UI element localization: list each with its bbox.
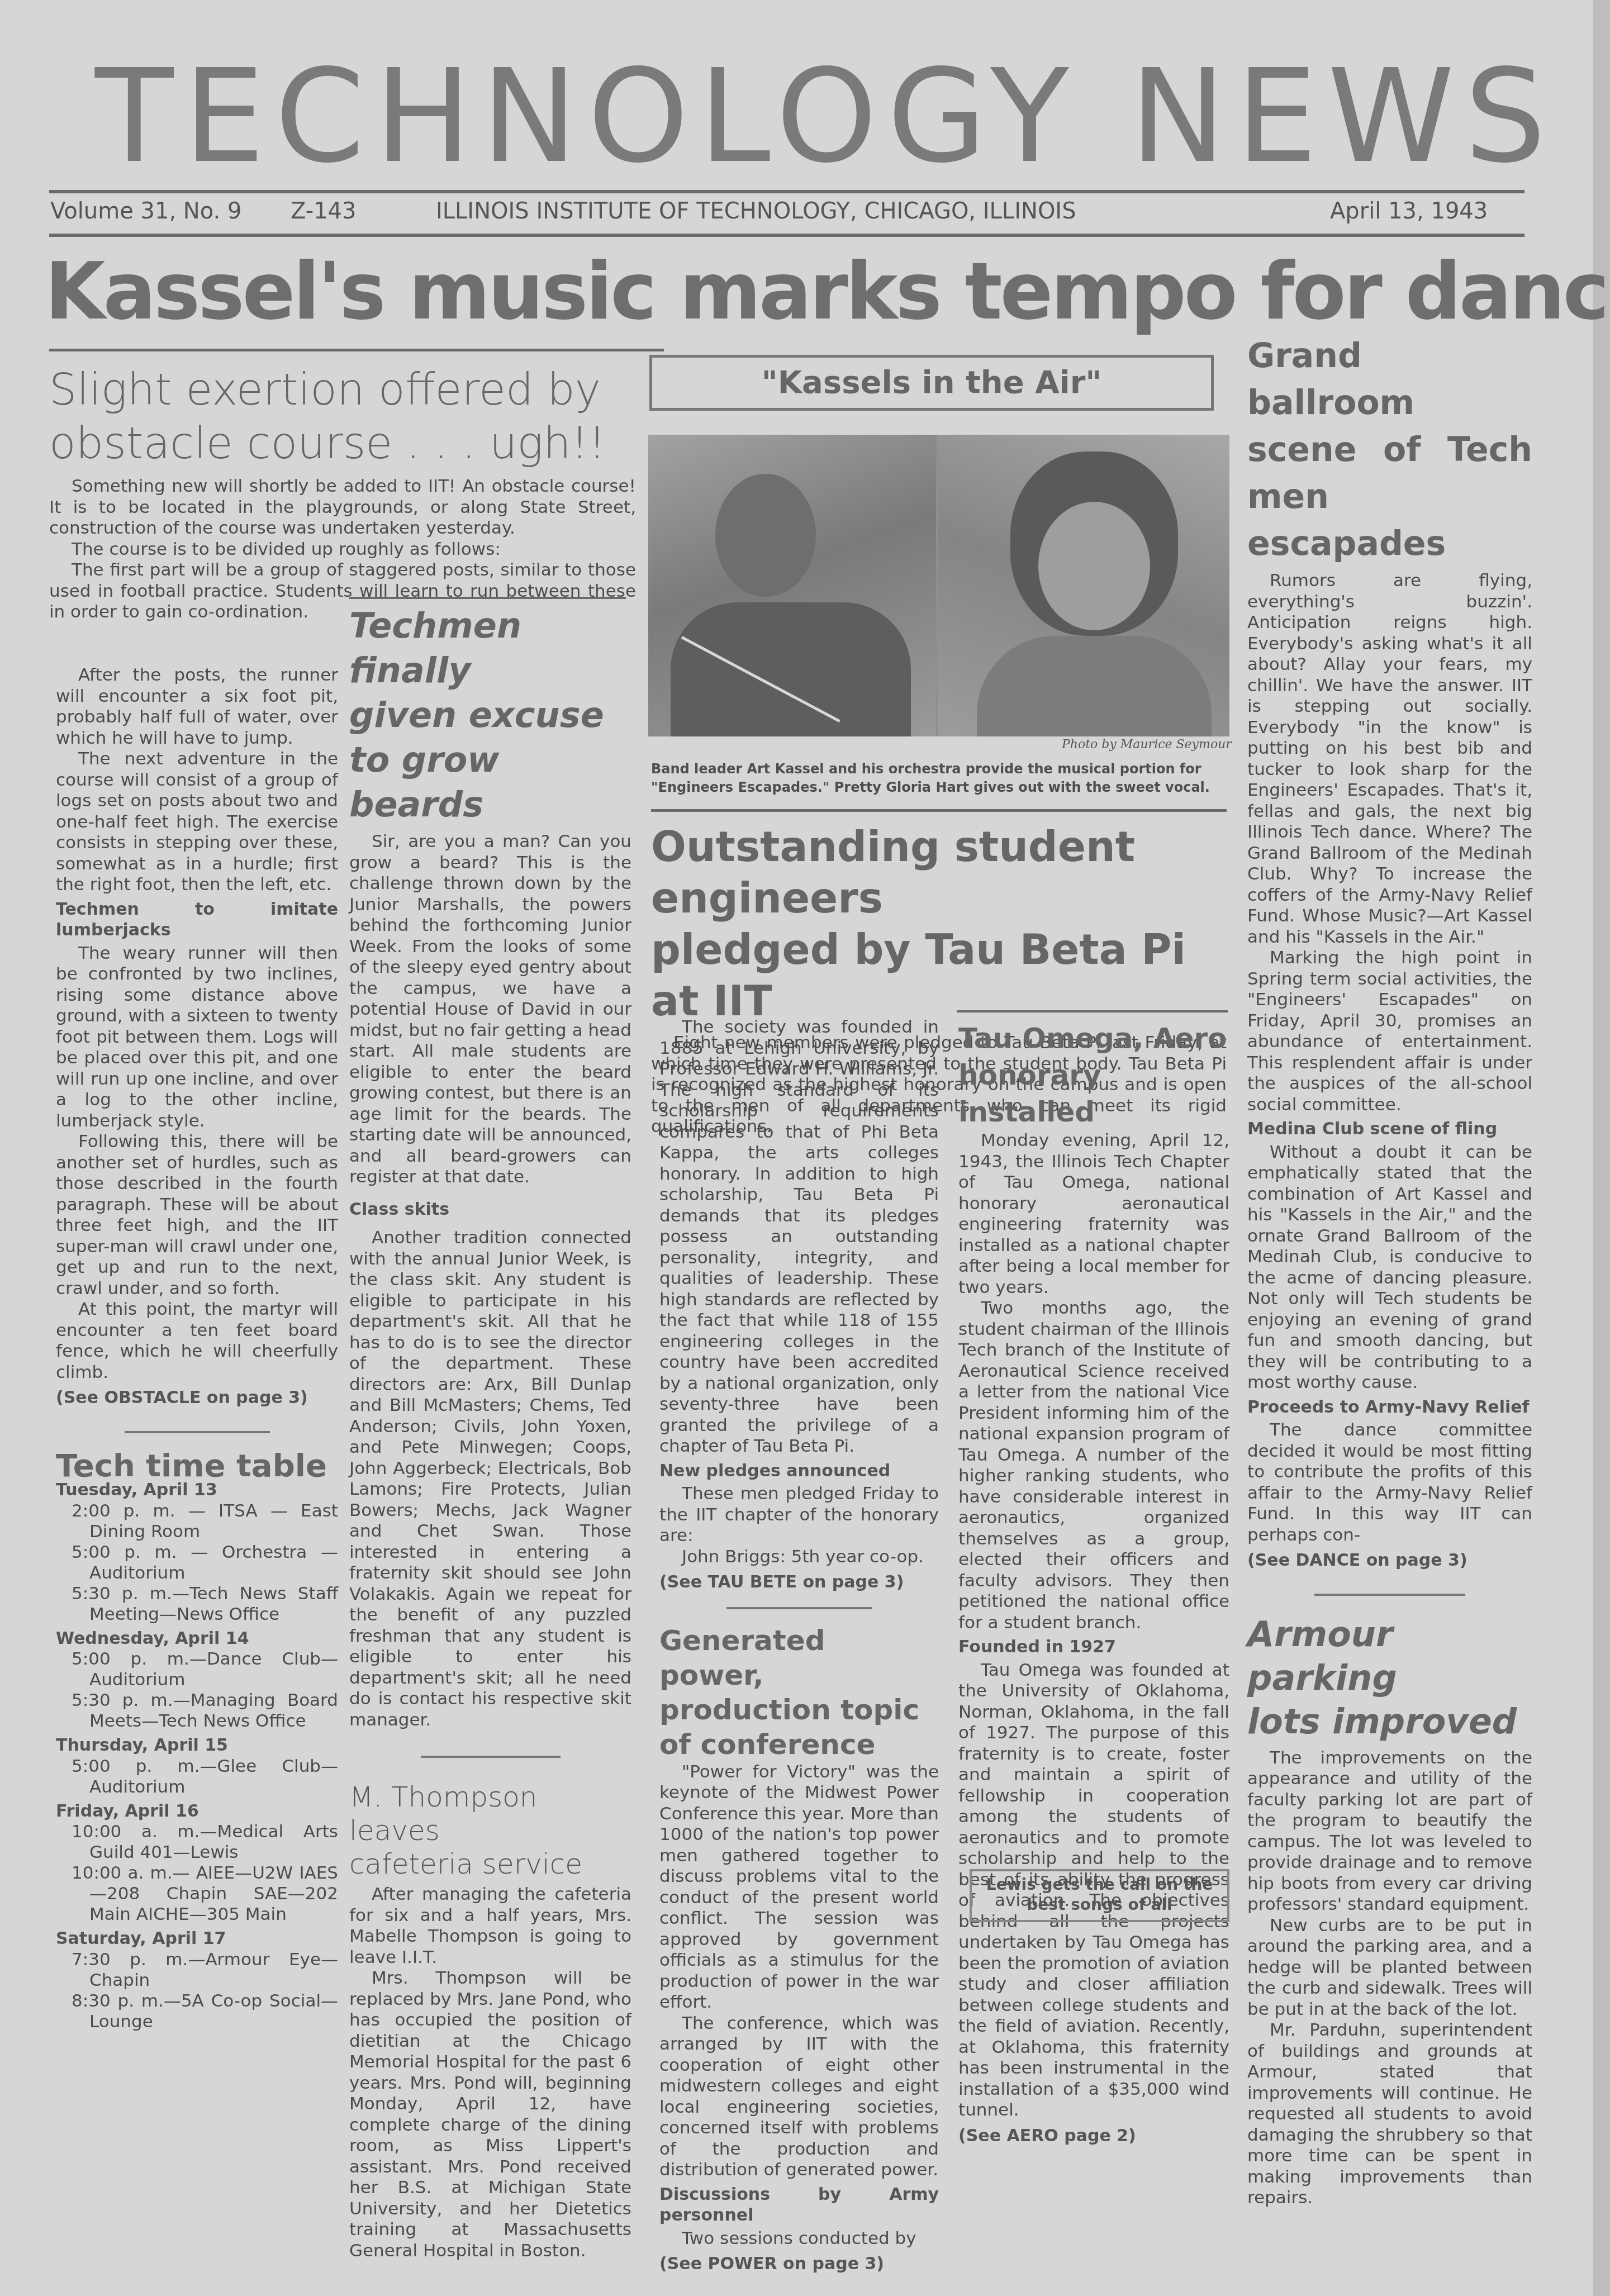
beards-top-rule bbox=[349, 597, 626, 599]
volume-number: Volume 31, No. 9 bbox=[50, 198, 241, 224]
portrait-head-shape bbox=[715, 474, 816, 597]
divider bbox=[421, 1756, 561, 1758]
power-paragraph: "Power for Victory" was the keynote of t… bbox=[659, 1762, 939, 2013]
photo-caption: Band leader Art Kassel and his orchestra… bbox=[651, 760, 1229, 797]
divider bbox=[726, 1607, 872, 1609]
timetable-title: Tech time table bbox=[56, 1456, 338, 1477]
lewis-songs-box: Lewis gets the call on the best songs of… bbox=[970, 1869, 1229, 1922]
thompson-headline-1: M. Thompson leaves bbox=[349, 1780, 631, 1847]
institution-name: ILLINOIS INSTITUTE OF TECHNOLOGY, CHICAG… bbox=[436, 198, 1076, 224]
timetable-day: Wednesday, April 14 bbox=[56, 1628, 338, 1649]
obstacle-paragraph: The course is to be divided up roughly a… bbox=[49, 539, 636, 560]
timetable-event: 7:30 p. m.—Armour Eye—Chapin bbox=[56, 1950, 338, 1991]
photo-art-kassel bbox=[648, 435, 936, 736]
timetable-day: Friday, April 16 bbox=[56, 1801, 338, 1822]
power-subhead: Discussions by Army personnel bbox=[659, 2184, 939, 2226]
power-paragraph: The conference, which was arranged by II… bbox=[659, 2013, 939, 2181]
beards-headline-3: to grow beards bbox=[349, 738, 631, 827]
taubeta-paragraph: John Briggs: 5th year co-op. bbox=[659, 1547, 939, 1568]
lewis-box-line: best songs of all bbox=[975, 1895, 1224, 1915]
portrait-face-shape bbox=[1038, 502, 1150, 630]
thompson-headline-2: cafeteria service bbox=[349, 1847, 631, 1881]
obstacle-jump-link[interactable]: (See OBSTACLE on page 3) bbox=[56, 1387, 338, 1409]
beards-paragraph: Another tradition connected with the ann… bbox=[349, 1228, 631, 1731]
ballroom-headline-1: Grand ballroom bbox=[1247, 332, 1532, 426]
timetable-event: 2:00 p. m. — ITSA — East Dining Room bbox=[56, 1501, 338, 1542]
portrait-body-shape bbox=[977, 636, 1212, 736]
timetable-day: Thursday, April 15 bbox=[56, 1735, 338, 1756]
taubeta-top-rule bbox=[651, 809, 1227, 812]
beards-paragraph: Sir, are you a man? Can you grow a beard… bbox=[349, 831, 631, 1188]
ballroom-paragraph: Without a doubt it can be emphatically s… bbox=[1247, 1142, 1532, 1394]
ballroom-subhead: Medina Club scene of fling bbox=[1247, 1119, 1532, 1140]
timetable-event: 5:00 p. m. — Orchestra — Auditorium bbox=[56, 1542, 338, 1584]
timetable-event: 10:00 a. m.— AIEE—U2W IAES—208 Chapin SA… bbox=[56, 1863, 338, 1925]
timetable-event: 5:00 p. m.—Glee Club—Auditorium bbox=[56, 1756, 338, 1798]
tauomega-paragraph: Monday evening, April 12, 1943, the Illi… bbox=[958, 1130, 1229, 1298]
ballroom-paragraph: Rumors are flying, everything's buzzin'.… bbox=[1247, 571, 1532, 948]
parking-headline-2: lots improved bbox=[1247, 1700, 1532, 1743]
photo-credit: Photo by Maurice Seymour bbox=[1062, 738, 1232, 752]
tauomega-subhead: Founded in 1927 bbox=[958, 1637, 1229, 1658]
parking-paragraph: New curbs are to be put in around the pa… bbox=[1247, 1915, 1532, 2021]
ballroom-headline-2: scene of Tech bbox=[1247, 426, 1532, 473]
obstacle-paragraph: The next adventure in the course will co… bbox=[56, 749, 338, 896]
thompson-paragraph: After managing the cafeteria for six and… bbox=[349, 1884, 631, 1968]
photo-box-title: "Kassels in the Air" bbox=[649, 355, 1214, 411]
tauomega-headline-2: honorary installed bbox=[958, 1057, 1229, 1130]
timetable-event: 10:00 a. m.—Medical Arts Guild 401—Lewis bbox=[56, 1822, 338, 1863]
tech-time-table: Tech time table Tuesday, April 13 2:00 p… bbox=[56, 1456, 338, 2032]
beards-headline-2: given excuse bbox=[349, 693, 631, 738]
tauomega-paragraph: Two months ago, the student chairman of … bbox=[958, 1298, 1229, 1633]
banner-headline: Kassel's music marks tempo for dance, Ap… bbox=[45, 250, 1531, 334]
obstacle-continued: After the posts, the runner will encount… bbox=[56, 620, 338, 2032]
ballroom-jump-link[interactable]: (See DANCE on page 3) bbox=[1247, 1550, 1532, 1571]
issue-code: Z-143 bbox=[291, 198, 356, 224]
timetable-event: 5:00 p. m.—Dance Club—Auditorium bbox=[56, 1649, 338, 1690]
taubeta-jump-link[interactable]: (See TAU BETE on page 3) bbox=[659, 1572, 939, 1593]
divider bbox=[125, 1431, 270, 1433]
obstacle-headline-2: obstacle course . . . ugh!! bbox=[49, 417, 636, 470]
article-obstacle-course: Slight exertion offered by obstacle cour… bbox=[49, 363, 636, 623]
portrait-body-shape bbox=[671, 602, 911, 736]
lewis-box-line: Lewis gets the call on the bbox=[975, 1875, 1224, 1895]
article-grand-ballroom: Grand ballroom scene of Tech men escapad… bbox=[1247, 332, 1532, 2209]
banner-rule-left bbox=[49, 349, 664, 351]
power-headline-3: of conference bbox=[659, 1727, 939, 1762]
masthead-bottom-rule bbox=[49, 234, 1524, 237]
ballroom-paragraph: The dance committee decided it would be … bbox=[1247, 1420, 1532, 1546]
tauomega-top-rule bbox=[957, 1010, 1228, 1012]
taubeta-subhead: New pledges announced bbox=[659, 1461, 939, 1482]
beards-subhead: Class skits bbox=[349, 1199, 631, 1220]
tauomega-headline-1: Tau Omega, Aero bbox=[958, 1020, 1229, 1057]
parking-headline-1: Armour parking bbox=[1247, 1613, 1532, 1700]
newspaper-page: TECHNOLOGY NEWS Volume 31, No. 9 Z-143 I… bbox=[0, 0, 1610, 2296]
ballroom-subhead: Proceeds to Army-Navy Relief bbox=[1247, 1397, 1532, 1418]
timetable-event: 5:30 p. m.—Managing Board Meets—Tech New… bbox=[56, 1690, 338, 1732]
obstacle-paragraph: Something new will shortly be added to I… bbox=[49, 476, 636, 539]
page-edge-shadow bbox=[1593, 0, 1610, 2296]
parking-paragraph: Mr. Parduhn, superintendent of buildings… bbox=[1247, 2020, 1532, 2209]
taubeta-continued: The society was founded in 1885 at Lehig… bbox=[659, 1017, 939, 2275]
masthead-top-rule bbox=[49, 190, 1524, 193]
power-headline-1: Generated power, bbox=[659, 1623, 939, 1693]
obstacle-paragraph: After the posts, the runner will encount… bbox=[56, 665, 338, 749]
article-beards: Techmen finally given excuse to grow bea… bbox=[349, 603, 631, 2261]
photo-gloria-hart bbox=[938, 435, 1229, 736]
taubeta-headline-1: Outstanding student engineers bbox=[651, 821, 1227, 924]
power-jump-link[interactable]: (See POWER on page 3) bbox=[659, 2254, 939, 2275]
obstacle-headline-1: Slight exertion offered by bbox=[49, 363, 636, 417]
taubeta-paragraph: These men pledged Friday to the IIT chap… bbox=[659, 1484, 939, 1547]
masthead-info-bar: Volume 31, No. 9 Z-143 ILLINOIS INSTITUT… bbox=[50, 198, 1526, 226]
timetable-event: 8:30 p. m.—5A Co-op Social—Lounge bbox=[56, 1991, 338, 2032]
obstacle-paragraph: At this point, the martyr will encounter… bbox=[56, 1299, 338, 1383]
obstacle-paragraph: The weary runner will then be confronted… bbox=[56, 943, 338, 1132]
beards-headline-1: Techmen finally bbox=[349, 603, 631, 693]
article-tau-omega: Tau Omega, Aero honorary installed Monda… bbox=[958, 1020, 1229, 2146]
photo-kassel-and-hart bbox=[648, 435, 1229, 736]
issue-date: April 13, 1943 bbox=[1330, 198, 1488, 224]
ballroom-paragraph: Marking the high point in Spring term so… bbox=[1247, 948, 1532, 1115]
ballroom-headline-3: men escapades bbox=[1247, 473, 1532, 567]
obstacle-paragraph: Following this, there will be another se… bbox=[56, 1132, 338, 1299]
parking-paragraph: The improvements on the appearance and u… bbox=[1247, 1748, 1532, 1915]
timetable-event: 5:30 p. m.—Tech News Staff Meeting—News … bbox=[56, 1584, 338, 1625]
timetable-day: Saturday, April 17 bbox=[56, 1928, 338, 1950]
tauomega-jump-link[interactable]: (See AERO page 2) bbox=[958, 2126, 1229, 2147]
divider bbox=[1314, 1594, 1465, 1596]
masthead-title: TECHNOLOGY NEWS bbox=[95, 53, 1526, 182]
power-paragraph: Two sessions conducted by bbox=[659, 2228, 939, 2250]
taubeta-paragraph: The society was founded in 1885 at Lehig… bbox=[659, 1017, 939, 1457]
obstacle-subhead: Techmen to imitate lumberjacks bbox=[56, 899, 338, 941]
power-headline-2: production topic bbox=[659, 1693, 939, 1727]
thompson-paragraph: Mrs. Thompson will be replaced by Mrs. J… bbox=[349, 1968, 631, 2261]
